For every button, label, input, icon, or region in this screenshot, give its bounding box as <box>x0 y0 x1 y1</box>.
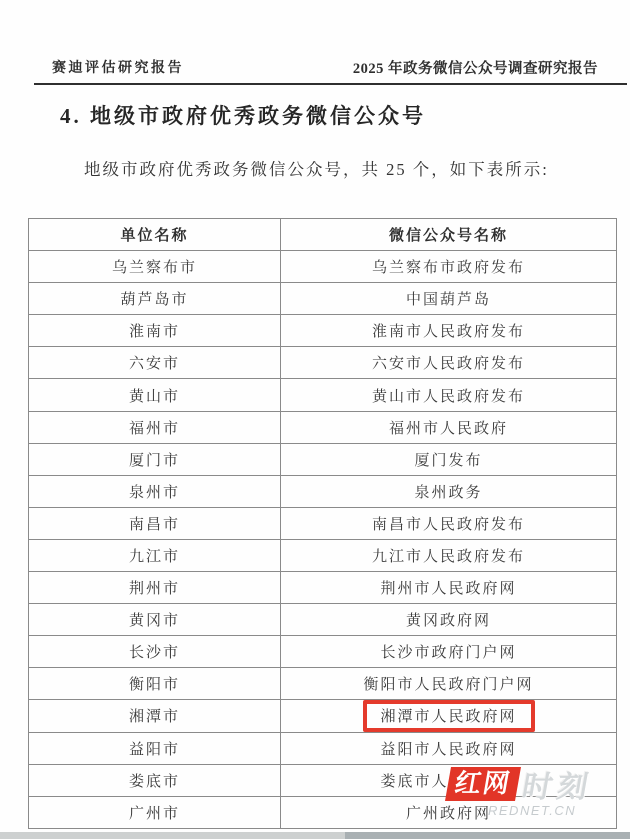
table-row: 黄冈市黄冈政府网 <box>29 604 617 636</box>
cell-text: 湘潭市人民政府网 <box>380 709 516 725</box>
table-row: 湘潭市湘潭市人民政府网 <box>29 700 617 732</box>
accounts-table: 单位名称 微信公众号名称 乌兰察布市乌兰察布市政府发布葫芦岛市中国葫芦岛淮南市淮… <box>28 218 617 829</box>
cell-text: 荆州市人民政府网 <box>380 581 516 597</box>
unit-name-cell: 乌兰察布市 <box>29 251 281 283</box>
header-rule <box>34 83 627 85</box>
cell-text: 长沙市 <box>129 645 180 661</box>
account-name-cell: 中国葫芦岛 <box>281 283 617 315</box>
table-body: 乌兰察布市乌兰察布市政府发布葫芦岛市中国葫芦岛淮南市淮南市人民政府发布六安市六安… <box>29 251 617 829</box>
cell-text: 南昌市 <box>129 517 180 533</box>
table-row: 六安市六安市人民政府发布 <box>29 347 617 379</box>
cell-text: 厦门市 <box>129 453 180 469</box>
cell-text: 厦门发布 <box>414 453 482 469</box>
table-row: 娄底市娄底市人民政府网 <box>29 764 617 796</box>
unit-name-cell: 泉州市 <box>29 475 281 507</box>
cell-text: 娄底市 <box>129 774 180 790</box>
table-row: 广州市广州政府网 <box>29 796 617 828</box>
cell-text: 淮南市人民政府发布 <box>372 324 525 340</box>
cell-text: 黄冈政府网 <box>406 613 491 629</box>
cell-text: 福州市人民政府 <box>389 421 508 437</box>
cell-text: 荆州市 <box>129 581 180 597</box>
cell-text: 九江市 <box>129 549 180 565</box>
column-header-account: 微信公众号名称 <box>281 219 617 251</box>
running-header-right: 2025 年政务微信公众号调查研究报告 <box>353 57 598 78</box>
table-row: 长沙市长沙市政府门户网 <box>29 636 617 668</box>
table-row: 泉州市泉州政务 <box>29 475 617 507</box>
account-name-cell: 九江市人民政府发布 <box>281 539 617 571</box>
cell-text: 九江市人民政府发布 <box>372 549 525 565</box>
bottom-edge-strip-right <box>345 832 630 839</box>
cell-text: 益阳市 <box>129 742 180 758</box>
cell-text: 六安市人民政府发布 <box>372 356 525 372</box>
cell-text: 黄山市 <box>129 389 180 405</box>
running-header-left: 赛迪评估研究报告 <box>52 57 184 77</box>
unit-name-cell: 九江市 <box>29 539 281 571</box>
unit-name-cell: 益阳市 <box>29 732 281 764</box>
cell-text: 黄山市人民政府发布 <box>372 389 525 405</box>
table-row: 福州市福州市人民政府 <box>29 411 617 443</box>
unit-name-cell: 衡阳市 <box>29 668 281 700</box>
cell-text: 葫芦岛市 <box>120 292 188 308</box>
account-name-cell: 广州政府网 <box>281 796 617 828</box>
unit-name-cell: 黄山市 <box>29 379 281 411</box>
cell-text: 黄冈市 <box>129 613 180 629</box>
account-name-cell: 长沙市政府门户网 <box>281 636 617 668</box>
table-header-row: 单位名称 微信公众号名称 <box>29 219 617 251</box>
unit-name-cell: 南昌市 <box>29 507 281 539</box>
unit-name-cell: 葫芦岛市 <box>29 283 281 315</box>
cell-text: 乌兰察布市政府发布 <box>372 260 525 276</box>
cell-text: 泉州市 <box>129 485 180 501</box>
cell-text: 广州市 <box>129 806 180 822</box>
table-row: 淮南市淮南市人民政府发布 <box>29 315 617 347</box>
table-row: 乌兰察布市乌兰察布市政府发布 <box>29 251 617 283</box>
account-name-cell: 黄山市人民政府发布 <box>281 379 617 411</box>
intro-paragraph: 地级市政府优秀政务微信公众号，共 25 个，如下表所示: <box>84 156 549 180</box>
table-row: 葫芦岛市中国葫芦岛 <box>29 283 617 315</box>
bottom-edge-strip-left <box>0 832 345 839</box>
account-name-cell: 南昌市人民政府发布 <box>281 507 617 539</box>
account-name-cell: 厦门发布 <box>281 443 617 475</box>
cell-text: 长沙市政府门户网 <box>380 645 516 661</box>
cell-text: 淮南市 <box>129 324 180 340</box>
account-name-cell: 黄冈政府网 <box>281 604 617 636</box>
account-name-cell: 福州市人民政府 <box>281 411 617 443</box>
unit-name-cell: 娄底市 <box>29 764 281 796</box>
table-row: 厦门市厦门发布 <box>29 443 617 475</box>
unit-name-cell: 福州市 <box>29 411 281 443</box>
cell-text: 福州市 <box>129 421 180 437</box>
cell-text: 湘潭市 <box>129 709 180 725</box>
unit-name-cell: 广州市 <box>29 796 281 828</box>
account-name-cell: 乌兰察布市政府发布 <box>281 251 617 283</box>
account-name-cell: 娄底市人民政府网 <box>281 764 617 796</box>
table-row: 黄山市黄山市人民政府发布 <box>29 379 617 411</box>
unit-name-cell: 淮南市 <box>29 315 281 347</box>
account-name-cell: 衡阳市人民政府门户网 <box>281 668 617 700</box>
table-row: 九江市九江市人民政府发布 <box>29 539 617 571</box>
unit-name-cell: 厦门市 <box>29 443 281 475</box>
unit-name-cell: 黄冈市 <box>29 604 281 636</box>
cell-text: 娄底市人民政府网 <box>380 774 516 790</box>
account-name-cell: 益阳市人民政府网 <box>281 732 617 764</box>
report-page: 赛迪评估研究报告 2025 年政务微信公众号调查研究报告 4. 地级市政府优秀政… <box>0 0 630 839</box>
cell-text: 六安市 <box>129 356 180 372</box>
table-row: 衡阳市衡阳市人民政府门户网 <box>29 668 617 700</box>
section-title: 4. 地级市政府优秀政务微信公众号 <box>60 100 426 130</box>
unit-name-cell: 荆州市 <box>29 572 281 604</box>
table-row: 益阳市益阳市人民政府网 <box>29 732 617 764</box>
cell-text: 衡阳市人民政府门户网 <box>363 677 533 693</box>
account-name-cell: 泉州政务 <box>281 475 617 507</box>
unit-name-cell: 六安市 <box>29 347 281 379</box>
account-name-cell: 六安市人民政府发布 <box>281 347 617 379</box>
table-row: 南昌市南昌市人民政府发布 <box>29 507 617 539</box>
cell-text: 泉州政务 <box>414 485 482 501</box>
cell-text: 乌兰察布市 <box>112 260 197 276</box>
cell-text: 中国葫芦岛 <box>406 292 491 308</box>
cell-text: 南昌市人民政府发布 <box>372 517 525 533</box>
cell-text: 益阳市人民政府网 <box>380 742 516 758</box>
account-name-cell: 淮南市人民政府发布 <box>281 315 617 347</box>
cell-text: 衡阳市 <box>129 677 180 693</box>
cell-text: 广州政府网 <box>406 806 491 822</box>
account-name-cell: 荆州市人民政府网 <box>281 572 617 604</box>
unit-name-cell: 长沙市 <box>29 636 281 668</box>
account-name-cell: 湘潭市人民政府网 <box>281 700 617 732</box>
column-header-unit: 单位名称 <box>29 219 281 251</box>
unit-name-cell: 湘潭市 <box>29 700 281 732</box>
table-row: 荆州市荆州市人民政府网 <box>29 572 617 604</box>
